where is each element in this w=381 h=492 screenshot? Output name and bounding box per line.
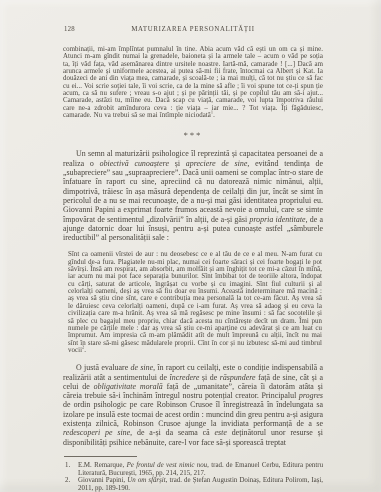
footnote-divider [64, 456, 137, 457]
footnote-text: Giovanni Papini, Un om sfârșit, trad. de… [74, 477, 323, 492]
footnote-item: 2. Giovanni Papini, Un om sfârșit, trad.… [63, 477, 323, 492]
book-page-scan: 128 MATURIZAREA PERSONALITĂȚII combinați… [0, 0, 381, 492]
footnote-item: 1. E.M. Remarque, Pe frontul de vest nim… [63, 462, 323, 478]
papini-block-quote: Sînt ca oamenii vîrstei de aur : nu deos… [68, 251, 322, 354]
text-column: 128 MATURIZAREA PERSONALITĂȚII combinați… [63, 26, 323, 492]
section-separator: *** [63, 130, 323, 140]
page-number: 128 [64, 26, 75, 33]
footnote-number: 2. [63, 477, 74, 492]
footnotes-section: 1. E.M. Remarque, Pe frontul de vest nim… [63, 462, 323, 492]
paragraph-self-knowledge: Un semn al maturizării psihologice îl re… [63, 149, 323, 242]
running-title: MATURIZAREA PERSONALITĂȚII [131, 26, 254, 33]
page-header: 128 MATURIZAREA PERSONALITĂȚII [63, 26, 323, 35]
paragraph-self-evaluation: O justă evaluare de sine, în raport cu c… [63, 363, 323, 447]
footnote-text: E.M. Remarque, Pe frontul de vest nimic … [74, 462, 323, 478]
footnote-number: 1. [63, 462, 74, 478]
opening-quote-continuation: combinații, mi-am împlîntat pumnalul în … [63, 46, 323, 119]
